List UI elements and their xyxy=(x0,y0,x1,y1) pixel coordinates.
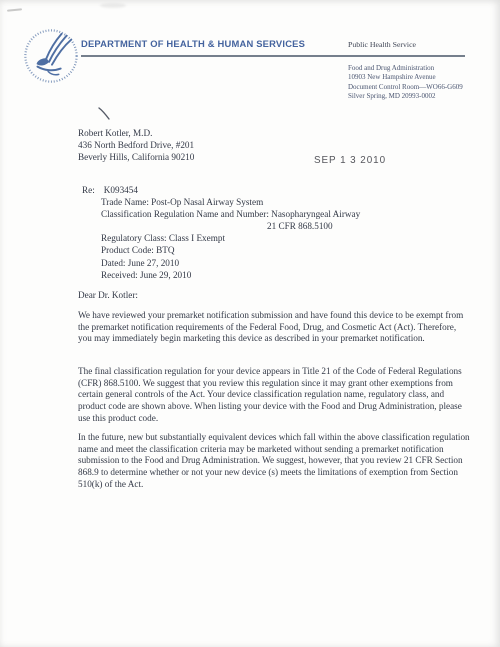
recipient-address-block: Robert Kotler, M.D. 436 North Bedford Dr… xyxy=(78,128,194,163)
reference-number-row: Re:K093454 xyxy=(82,184,360,196)
dated-line: Dated: June 27, 2010 xyxy=(101,257,360,269)
product-code-line: Product Code: BTQ xyxy=(101,244,360,256)
hhs-seal-icon xyxy=(22,27,80,85)
recipient-name: Robert Kotler, M.D. xyxy=(78,128,194,140)
salutation: Dear Dr. Kotler: xyxy=(78,290,138,300)
department-title: DEPARTMENT OF HEALTH & HUMAN SERVICES xyxy=(81,38,305,49)
classification-line: Classification Regulation Name and Numbe… xyxy=(101,208,360,220)
k-number: K093454 xyxy=(104,185,138,195)
agency-address-line: Silver Spring, MD 20993-0002 xyxy=(348,92,463,101)
re-label: Re: xyxy=(82,184,95,196)
recipient-street: 436 North Bedford Drive, #201 xyxy=(78,140,194,152)
agency-address-line: Document Control Room—WO66-G609 xyxy=(348,83,463,92)
agency-address-line: Food and Drug Administration xyxy=(348,64,463,73)
regulatory-class-line: Regulatory Class: Class I Exempt xyxy=(101,232,360,244)
header-divider xyxy=(81,55,465,57)
trade-name-line: Trade Name: Post-Op Nasal Airway System xyxy=(101,196,360,208)
recipient-city: Beverly Hills, California 90210 xyxy=(78,152,194,164)
public-health-service-label: Public Health Service xyxy=(348,40,416,49)
received-line: Received: June 29, 2010 xyxy=(101,269,360,281)
body-paragraph-2: The final classification regulation for … xyxy=(78,366,472,425)
reference-block: Re:K093454 Trade Name: Post-Op Nasal Air… xyxy=(82,184,360,281)
agency-address-block: Food and Drug Administration 10903 New H… xyxy=(348,64,463,101)
scan-artifact-smudge xyxy=(100,3,126,8)
letter-page: DEPARTMENT OF HEALTH & HUMAN SERVICES Pu… xyxy=(0,0,500,647)
agency-address-line: 10903 New Hampshire Avenue xyxy=(348,73,463,82)
scan-artifact-dash xyxy=(7,8,22,11)
body-paragraph-1: We have reviewed your premarket notifica… xyxy=(78,310,472,345)
cfr-number-line: 21 CFR 868.5100 xyxy=(267,220,360,232)
body-paragraph-3: In the future, new but substantially equ… xyxy=(78,432,472,491)
date-stamp: SEP 1 3 2010 xyxy=(314,154,386,166)
pen-mark-icon xyxy=(96,106,114,127)
